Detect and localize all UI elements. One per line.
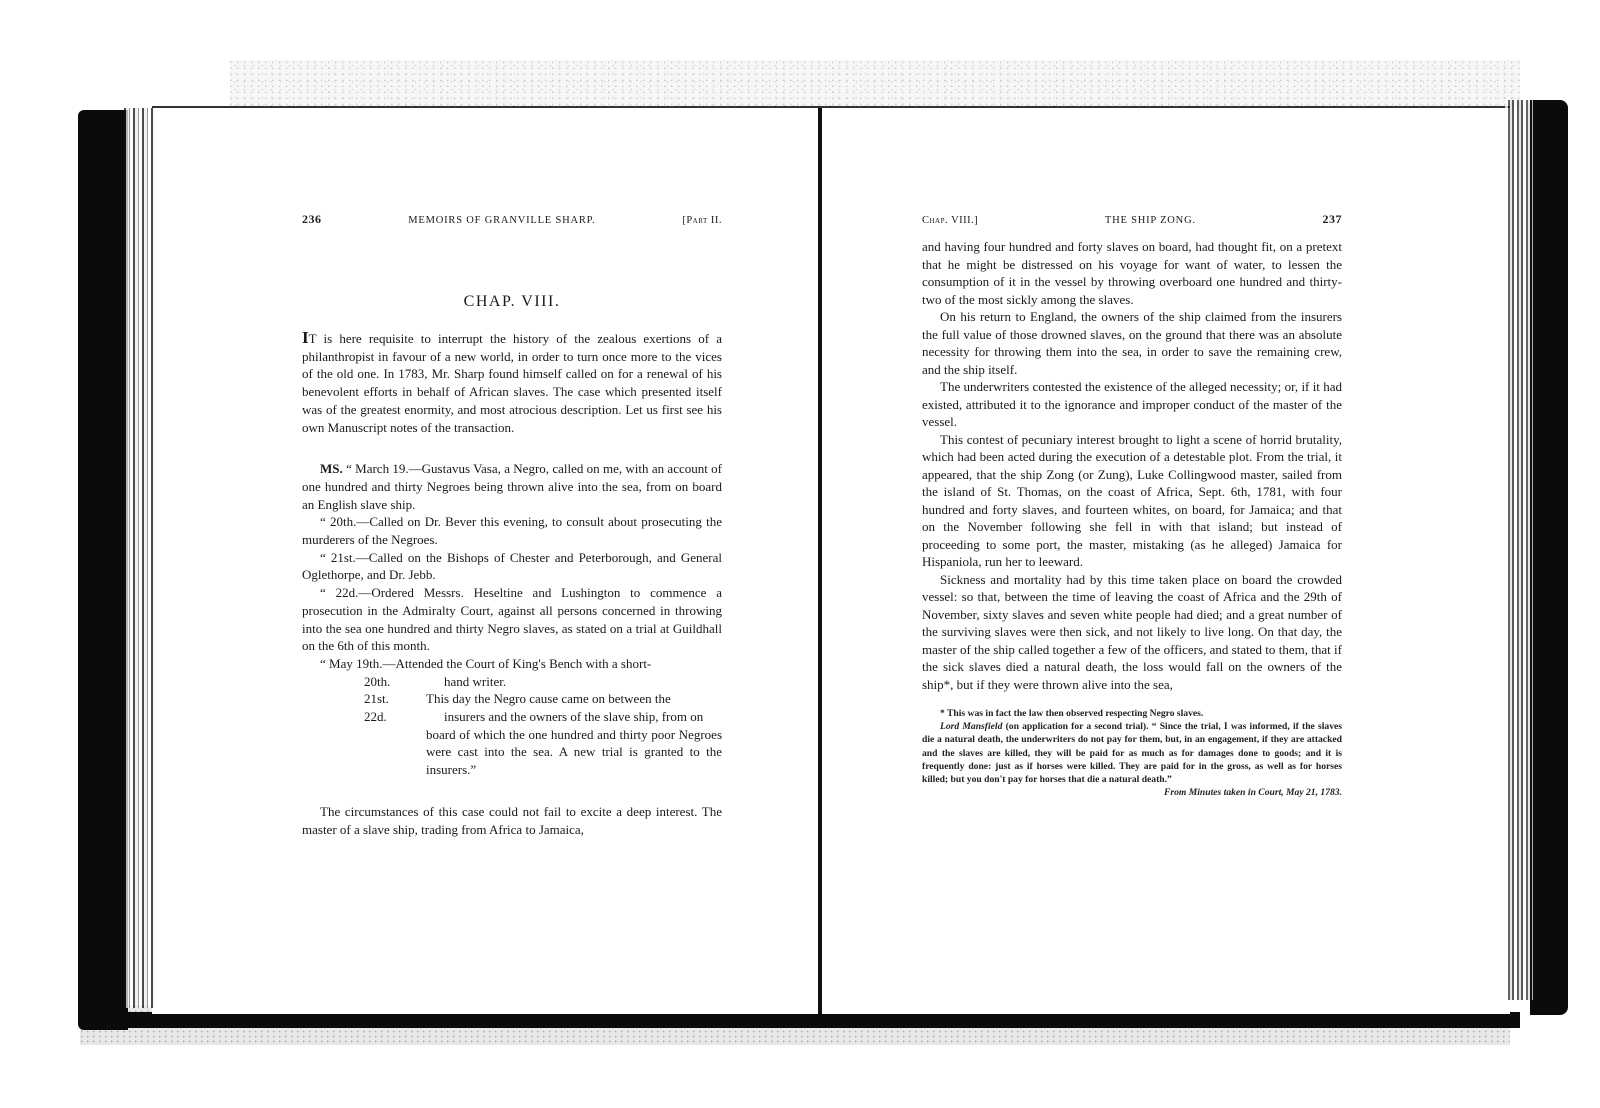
left-running-head: 236 MEMOIRS OF GRANVILLE SHARP. [Part II… — [302, 212, 722, 238]
may-entries: “ May 19th.—Attended the Court of King's… — [302, 655, 722, 779]
ms-entry: “ 20th.—Called on Dr. Bever this evening… — [302, 513, 722, 548]
chapter-label: Chap. VIII.] — [922, 215, 978, 226]
page-number: 236 — [302, 212, 322, 227]
may-lead-line: “ May 19th.—Attended the Court of King's… — [302, 655, 722, 673]
book-cover-left — [78, 110, 128, 1030]
scan-background-top — [230, 60, 1520, 110]
may-row: 21st. This day the Negro cause came on b… — [302, 690, 722, 708]
body-paragraph: Sickness and mortality had by this time … — [922, 571, 1342, 694]
left-page: 236 MEMOIRS OF GRANVILLE SHARP. [Part II… — [302, 212, 722, 838]
intro-paragraph: IT is here requisite to interrupt the hi… — [302, 329, 722, 436]
page-edges-left — [124, 108, 154, 1008]
body-paragraph: The underwriters contested the existence… — [922, 378, 1342, 431]
book-gutter — [818, 108, 822, 1014]
book-cover-right — [1530, 100, 1568, 1015]
quote-speaker: Lord Mansfield — [940, 721, 1002, 732]
footnotes: * This was in fact the law then observed… — [922, 707, 1342, 799]
closing-paragraph: The circumstances of this case could not… — [302, 803, 722, 838]
ms-entry: “ 21st.—Called on the Bishops of Chester… — [302, 549, 722, 584]
page-edges-right — [1505, 100, 1533, 1000]
right-page: Chap. VIII.] THE SHIP ZONG. 237 and havi… — [922, 212, 1342, 799]
may-continuation: board of which the one hundred and thirt… — [302, 726, 722, 779]
footnote-quote: Lord Mansfield (on application for a sec… — [922, 720, 1342, 786]
drop-cap: I — [302, 328, 309, 347]
page-number: 237 — [1322, 212, 1342, 227]
may-row: 20th. hand writer. — [302, 673, 722, 691]
body-paragraph: and having four hundred and forty slaves… — [922, 238, 1342, 308]
chapter-heading: CHAP. VIII. — [302, 293, 722, 311]
manuscript-mark: MS. — [320, 461, 343, 476]
running-title: THE SHIP ZONG. — [1105, 215, 1196, 226]
part-label: [Part II. — [682, 215, 722, 226]
footnote-attribution: From Minutes taken in Court, May 21, 178… — [922, 786, 1342, 799]
right-running-head: Chap. VIII.] THE SHIP ZONG. 237 — [922, 212, 1342, 238]
may-row: 22d. insurers and the owners of the slav… — [302, 708, 722, 726]
footnote: * This was in fact the law then observed… — [922, 707, 1342, 720]
ms-entry: MS. “ March 19.—Gustavus Vasa, a Negro, … — [302, 460, 722, 513]
body-paragraph: This contest of pecuniary interest broug… — [922, 431, 1342, 571]
ms-entry: “ 22d.—Ordered Messrs. Heseltine and Lus… — [302, 584, 722, 655]
running-title: MEMOIRS OF GRANVILLE SHARP. — [408, 215, 595, 226]
body-paragraph: On his return to England, the owners of … — [922, 308, 1342, 378]
book-cover-bottom — [100, 1012, 1520, 1028]
